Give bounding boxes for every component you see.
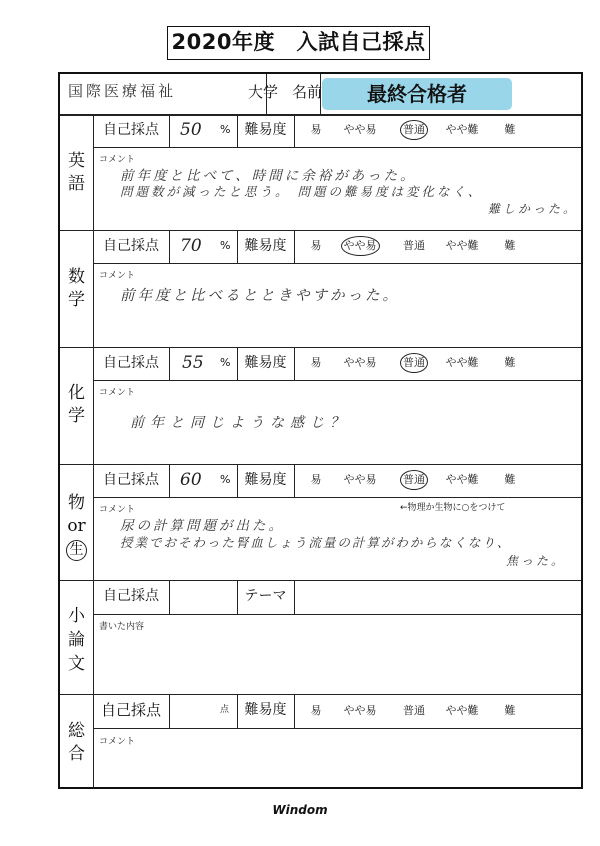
self-score-label: 自己採点	[93, 694, 169, 726]
difficulty-label: 難易度	[237, 347, 294, 379]
difficulty-option-somewhat-easy[interactable]: やや易	[338, 347, 382, 379]
percent-unit: %	[220, 230, 230, 262]
difficulty-option-normal-selected[interactable]: 普通	[396, 114, 432, 146]
physbio-comment-line-2[interactable]: 授業でおそわった腎血しょう流量の計算がわからなくなり、	[120, 533, 511, 551]
difficulty-option-somewhat-hard[interactable]: やや難	[440, 230, 484, 262]
difficulty-option-normal[interactable]: 普通	[396, 230, 432, 262]
essay-score-value[interactable]	[180, 580, 236, 614]
difficulty-option-normal[interactable]: 普通	[396, 695, 432, 727]
total-comment-field[interactable]	[96, 746, 578, 784]
essay-theme-field[interactable]	[296, 582, 578, 612]
difficulty-option-hard[interactable]: 難	[496, 464, 524, 496]
points-unit: 点	[220, 694, 229, 726]
chemistry-score-value[interactable]: 55	[182, 347, 204, 379]
difficulty-option-easy[interactable]: 易	[306, 464, 326, 496]
comment-label: コメント	[99, 268, 135, 281]
difficulty-label: 難易度	[237, 694, 294, 726]
percent-unit: %	[220, 114, 230, 146]
physbio-comment-line-3[interactable]: 焦った。	[506, 552, 566, 569]
difficulty-option-easy[interactable]: 易	[306, 230, 326, 262]
page-title: 2020年度 入試自己採点	[167, 26, 430, 60]
difficulty-label: 難易度	[237, 230, 294, 262]
self-score-label: 自己採点	[93, 114, 169, 146]
subject-label-chemistry: 化学	[60, 382, 93, 428]
difficulty-option-somewhat-easy[interactable]: やや易	[338, 114, 382, 146]
difficulty-label: 難易度	[237, 114, 294, 146]
biology-circled: 生	[66, 540, 87, 561]
difficulty-option-hard[interactable]: 難	[496, 114, 524, 146]
self-score-label: 自己採点	[93, 347, 169, 379]
difficulty-option-hard[interactable]: 難	[496, 230, 524, 262]
difficulty-option-somewhat-easy[interactable]: やや易	[338, 464, 382, 496]
difficulty-option-easy[interactable]: 易	[306, 695, 326, 727]
difficulty-option-somewhat-hard[interactable]: やや難	[440, 114, 484, 146]
difficulty-option-somewhat-hard[interactable]: やや難	[440, 347, 484, 379]
english-score-value[interactable]: 50	[180, 114, 202, 146]
physbio-score-value[interactable]: 60	[180, 464, 202, 496]
difficulty-option-easy[interactable]: 易	[306, 347, 326, 379]
difficulty-option-normal-selected[interactable]: 普通	[396, 347, 432, 379]
subject-label-total: 総合	[60, 720, 93, 766]
name-field[interactable]: 最終合格者	[322, 78, 512, 110]
percent-unit: %	[220, 464, 230, 496]
self-score-label: 自己採点	[93, 464, 169, 496]
university-suffix: 大学	[248, 81, 278, 102]
university-name[interactable]: 国際医療福祉	[68, 80, 176, 101]
english-comment-line-2[interactable]: 問題数が減ったと思う。 問題の難易度は変化なく、	[120, 182, 483, 200]
chemistry-comment-line-1[interactable]: 前年と同じような感じ？	[130, 412, 350, 432]
subject-label-physics-or-biology: 物 or 生	[60, 492, 93, 561]
difficulty-option-hard[interactable]: 難	[496, 695, 524, 727]
comment-label: コメント	[99, 385, 135, 398]
name-label: 名前	[292, 81, 322, 102]
difficulty-option-somewhat-hard[interactable]: やや難	[440, 464, 484, 496]
subject-label-essay: 小論文	[60, 604, 93, 676]
self-score-label: 自己採点	[93, 580, 169, 612]
subject-label-math: 数学	[60, 266, 93, 312]
difficulty-option-somewhat-easy-selected[interactable]: やや易	[338, 230, 382, 262]
difficulty-option-somewhat-easy[interactable]: やや易	[338, 695, 382, 727]
difficulty-option-easy[interactable]: 易	[306, 114, 326, 146]
self-score-label: 自己採点	[93, 230, 169, 262]
essay-content-field[interactable]	[96, 630, 578, 690]
english-comment-line-3[interactable]: 難しかった。	[488, 200, 578, 217]
percent-unit: %	[220, 347, 230, 379]
math-score-value[interactable]: 70	[180, 230, 202, 262]
subject-label-english: 英語	[60, 150, 93, 196]
theme-label: テーマ	[237, 580, 294, 612]
physbio-comment-line-1[interactable]: 尿の計算問題が出た。	[120, 514, 285, 534]
difficulty-option-normal-selected[interactable]: 普通	[396, 464, 432, 496]
difficulty-option-somewhat-hard[interactable]: やや難	[440, 695, 484, 727]
physbio-instruction-note: ←物理か生物に○をつけて	[400, 500, 505, 513]
difficulty-option-hard[interactable]: 難	[496, 347, 524, 379]
english-comment-line-1[interactable]: 前年度と比べて、時間に余裕があった。	[120, 164, 417, 184]
footer-brand: Windom	[0, 803, 600, 817]
math-comment-line-1[interactable]: 前年度と比べるとときやすかった。	[120, 284, 400, 305]
difficulty-label: 難易度	[237, 464, 294, 496]
self-scoring-sheet: 国際医療福祉 大学 名前 最終合格者 英語 自己採点 50 % 難易度 易 やや…	[58, 72, 583, 789]
